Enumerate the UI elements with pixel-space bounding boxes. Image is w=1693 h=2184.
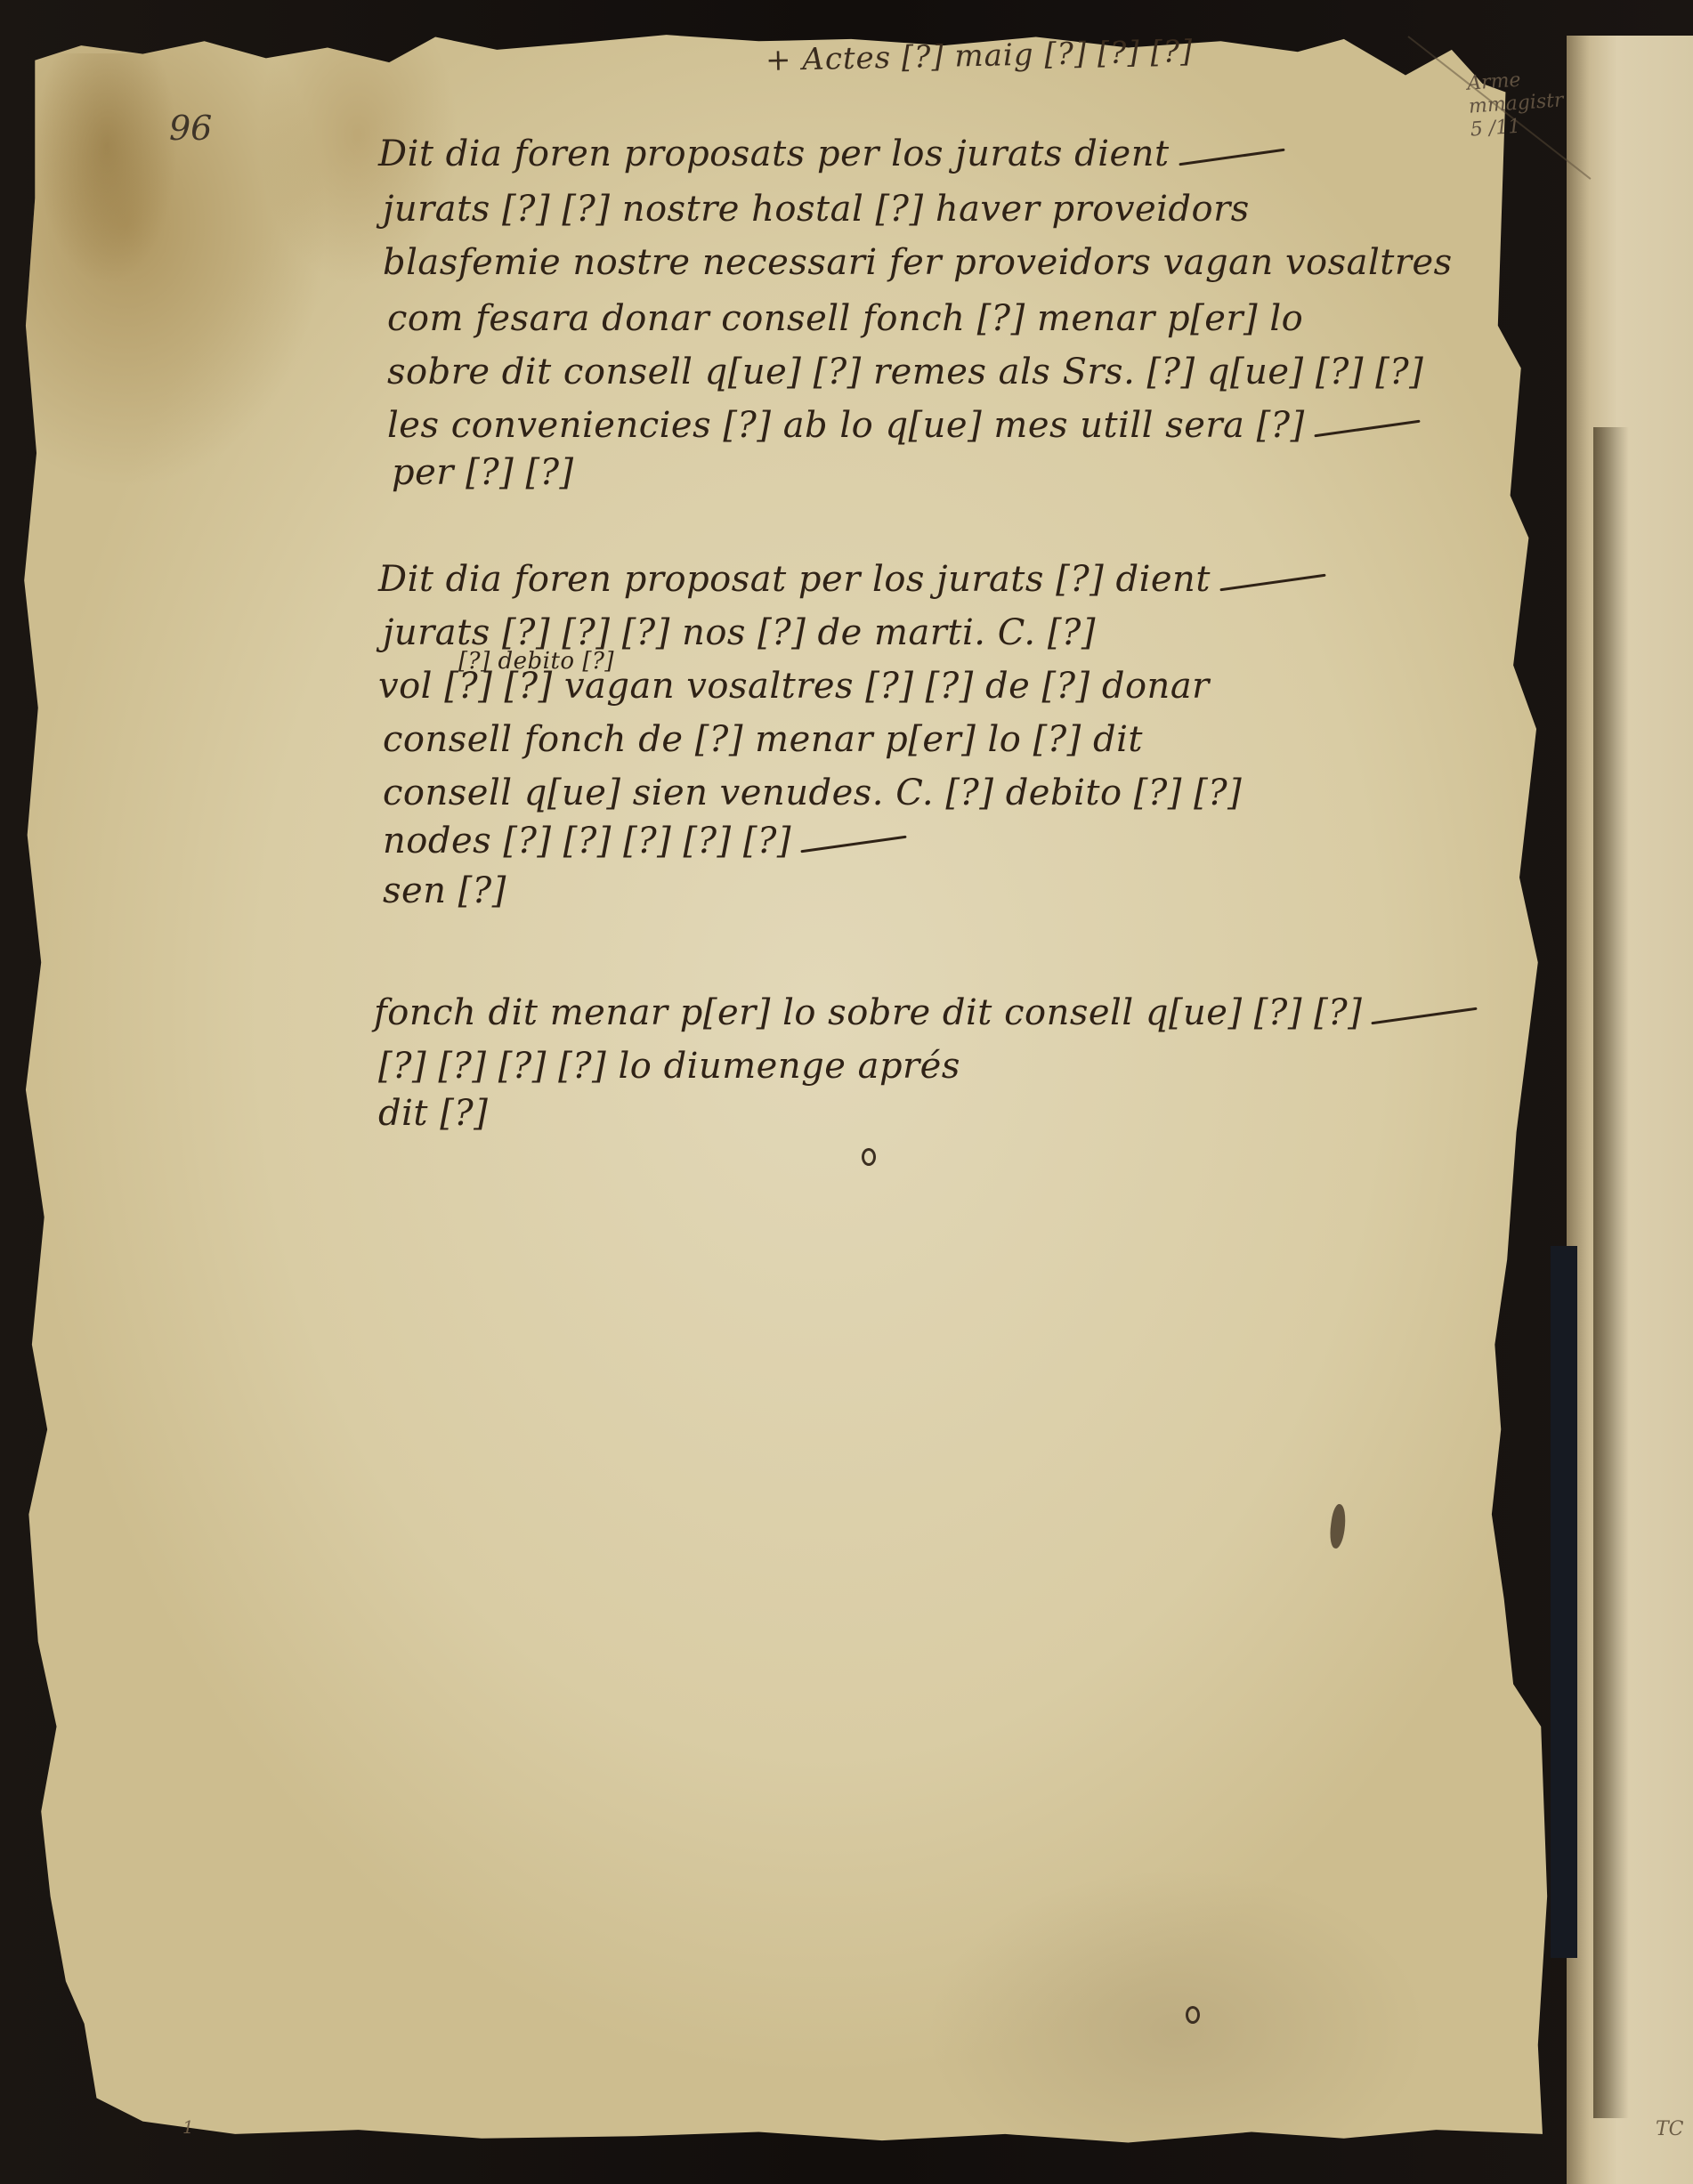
text-line: consell q[ue] sien venudes. C. [?] debit…	[383, 772, 1242, 813]
gutter-gap	[1551, 1246, 1577, 1958]
text-line: sen [?]	[383, 870, 506, 911]
text-line: com fesara donar consell fonch [?] menar…	[387, 298, 1303, 339]
manuscript-scan: TC 96 + Actes [?] maig [?] [?] [?] Arme …	[0, 0, 1693, 2184]
text-line: per [?] [?]	[392, 452, 574, 493]
text-line: vol [?] [?] vagan vosaltres [?] [?] de […	[378, 666, 1210, 707]
text-line: jurats [?] [?] nostre hostal [?] haver p…	[383, 189, 1250, 230]
adjacent-page-edge	[1567, 36, 1693, 2184]
text-line: fonch dit menar p[er] lo sobre dit conse…	[374, 992, 1478, 1033]
text-line: consell fonch de [?] menar p[er] lo [?] …	[383, 719, 1143, 760]
text-line: nodes [?] [?] [?] [?] [?]	[383, 821, 907, 861]
text-line: dit [?]	[378, 1093, 488, 1134]
text-line: blasfemie nostre necessari fer proveidor…	[383, 242, 1453, 283]
folio-number: 96	[169, 109, 212, 148]
text-line: les conveniencies [?] ab lo q[ue] mes ut…	[387, 405, 1421, 446]
text-line: Dit dia foren proposats per los jurats d…	[378, 133, 1285, 174]
ink-dot	[862, 1148, 876, 1166]
manuscript-leaf	[20, 28, 1559, 2151]
ink-dot	[1186, 2006, 1200, 2024]
text-line: Dit dia foren proposat per los jurats [?…	[378, 559, 1326, 600]
adjacent-page-shadow	[1593, 427, 1629, 2118]
corner-annotation: Arme mmagistr 5 /11	[1466, 66, 1566, 142]
bottom-margin-mark: 1	[182, 2116, 194, 2138]
adjacent-page-mark: TC	[1656, 2118, 1684, 2140]
text-line: sobre dit consell q[ue] [?] remes als Sr…	[387, 352, 1423, 392]
text-line: [?] [?] [?] [?] lo diumenge aprés	[378, 1046, 960, 1087]
water-stain	[36, 53, 178, 285]
